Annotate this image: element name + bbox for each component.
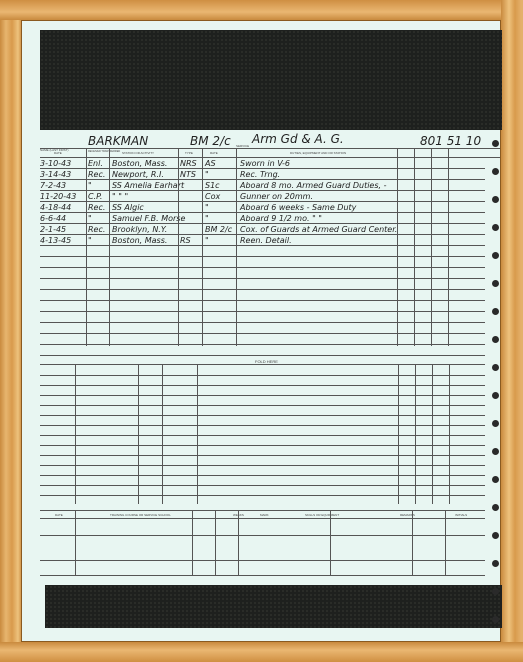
frame-bottom: [0, 642, 523, 662]
binder-hole-icon: [492, 616, 499, 623]
col-rate: RATE: [210, 151, 218, 155]
sailor-name: BARKMAN: [88, 134, 148, 148]
col-type: TYPE: [185, 151, 193, 155]
binder-hole-icon: [492, 140, 499, 147]
binder-hole-icon: [492, 364, 499, 371]
binder-hole-icon: [492, 504, 499, 511]
binder-hole-icon: [492, 196, 499, 203]
binder-hole-icon: [492, 252, 499, 259]
frame-top: [0, 0, 523, 20]
col-received: RECEIVED TRANSFERRED: [88, 150, 120, 153]
col-station: STATION OR ACTIVITY: [122, 151, 154, 155]
binder-hole-icon: [492, 280, 499, 287]
binder-hole-icon: [492, 224, 499, 231]
bcol-mark: MARK: [260, 513, 269, 517]
binder-hole-icon: [492, 420, 499, 427]
col-date: DATE: [54, 151, 62, 155]
col-duties: DUTIES, EQUIPMENT AND OR STATION: [290, 151, 346, 155]
binder-hole-icon: [492, 336, 499, 343]
binder-hole-icon: [492, 168, 499, 175]
binder-hole-icon: [492, 392, 499, 399]
bcol-initials: INITIALS: [455, 513, 467, 517]
redaction-bar-top: [40, 30, 502, 130]
service-number: 801 51 10: [420, 134, 481, 148]
bcol-date: DATE: [55, 513, 63, 517]
binder-hole-icon: [492, 532, 499, 539]
service-value: Arm Gd & A. G.: [252, 132, 344, 146]
redaction-bar-bottom: [45, 585, 502, 628]
binder-hole-icon: [492, 588, 499, 595]
sailor-rate: BM 2/c: [190, 134, 231, 148]
bcol-course: TRAINING COURSE OR SERVICE SCHOOL: [110, 513, 171, 517]
binder-hole-icon: [492, 560, 499, 567]
frame-right: [501, 0, 523, 662]
binder-hole-icon: [492, 448, 499, 455]
binder-hole-icon: [492, 476, 499, 483]
binder-hole-icon: [492, 308, 499, 315]
bcol-skills: SKILLS OR EQUIPMENT: [305, 513, 339, 517]
service-record-form: NAME (LAST FIRST) BARKMAN BM 2/c SERVICE…: [40, 130, 500, 582]
